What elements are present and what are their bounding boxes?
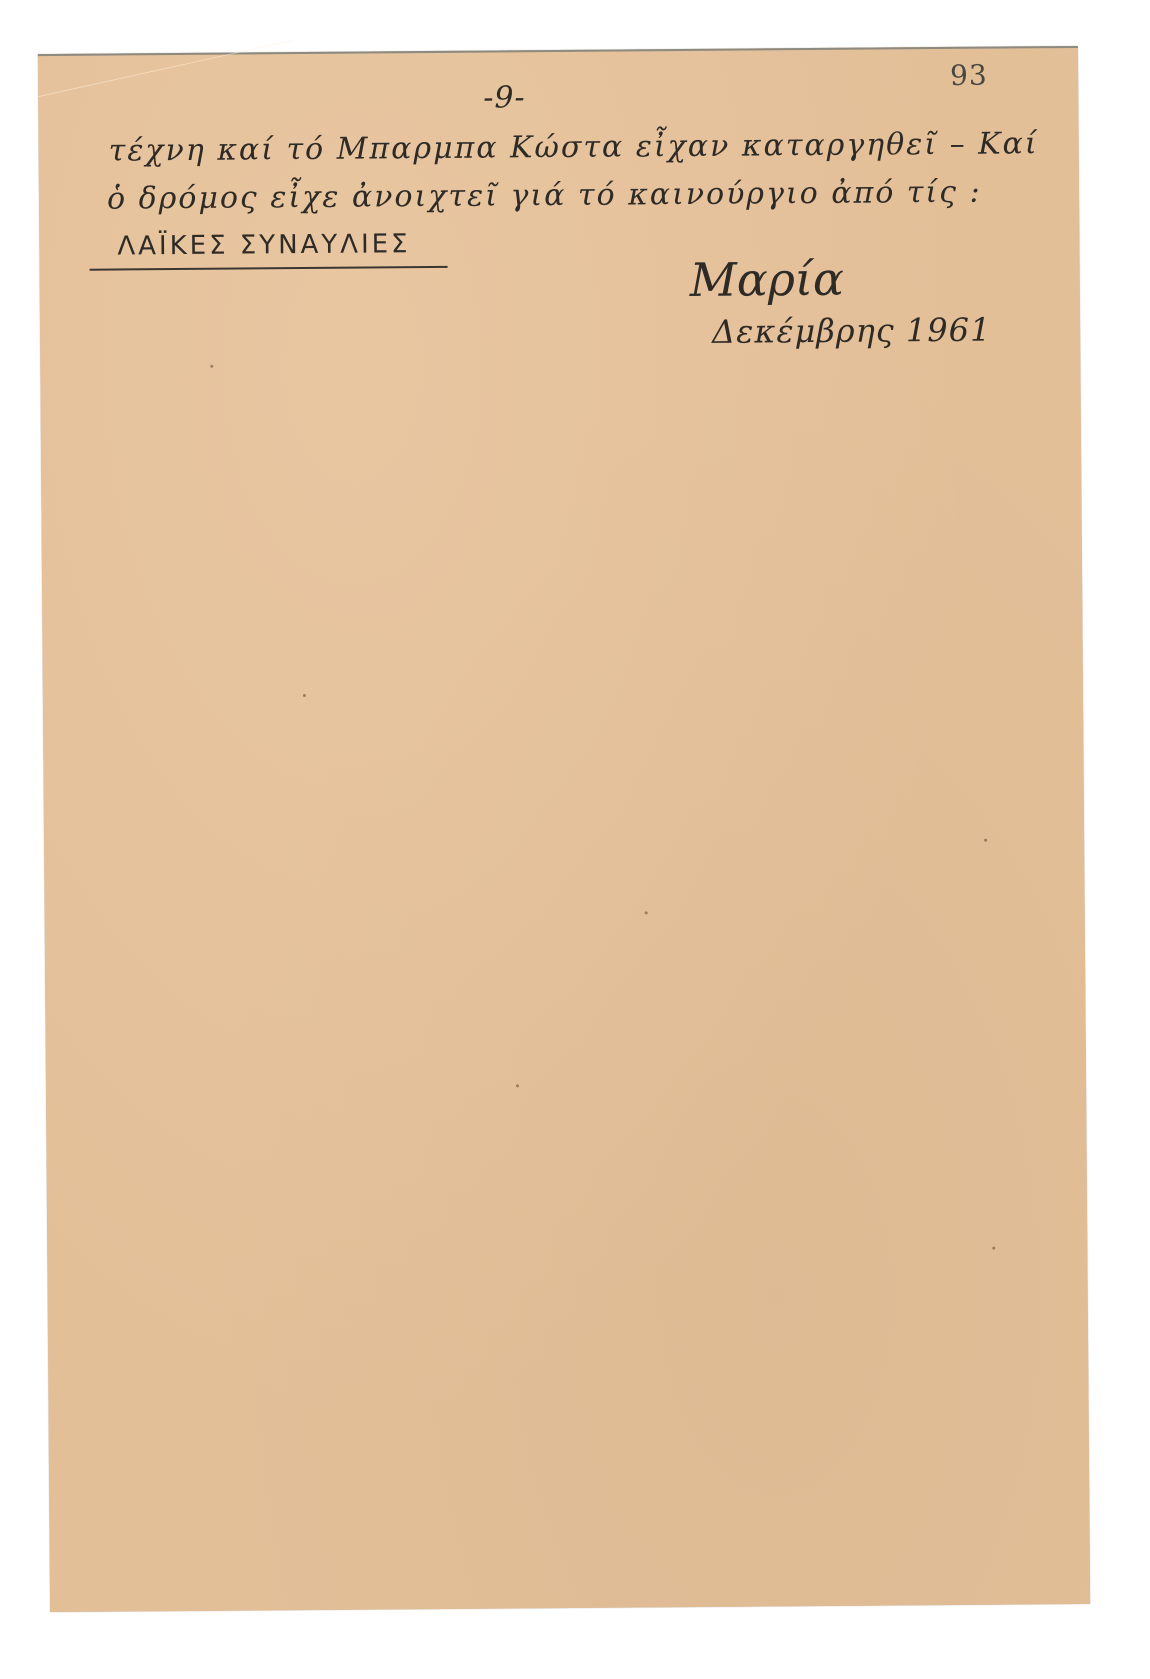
section-heading: ΛΑΪΚΕΣ ΣΥΝΑΥΛΙΕΣ: [117, 229, 410, 261]
archive-number: 93: [950, 59, 988, 92]
signature-name: Μαρία: [689, 252, 844, 307]
text-line-1: τέχνη καί τό Μπαρμπα Κώστα εἶχαν καταργη…: [109, 126, 1039, 168]
page-number: -9-: [483, 80, 526, 115]
text-line-2: ὁ δρόμος εἶχε ἀνοιχτεῖ γιά τό καινούργιο…: [107, 175, 982, 217]
paper-speck: [992, 1247, 995, 1250]
manuscript-page: -9- 93 τέχνη καί τό Μπαρμπα Κώστα εἶχαν …: [38, 46, 1090, 1612]
heading-underline: [90, 266, 448, 271]
paper-speck: [984, 839, 987, 842]
paper-speck: [303, 694, 306, 697]
paper-speck: [645, 911, 648, 914]
paper-speck: [516, 1084, 519, 1087]
signature-date: Δεκέμβρης 1961: [712, 311, 992, 351]
paper-speck: [210, 365, 213, 368]
